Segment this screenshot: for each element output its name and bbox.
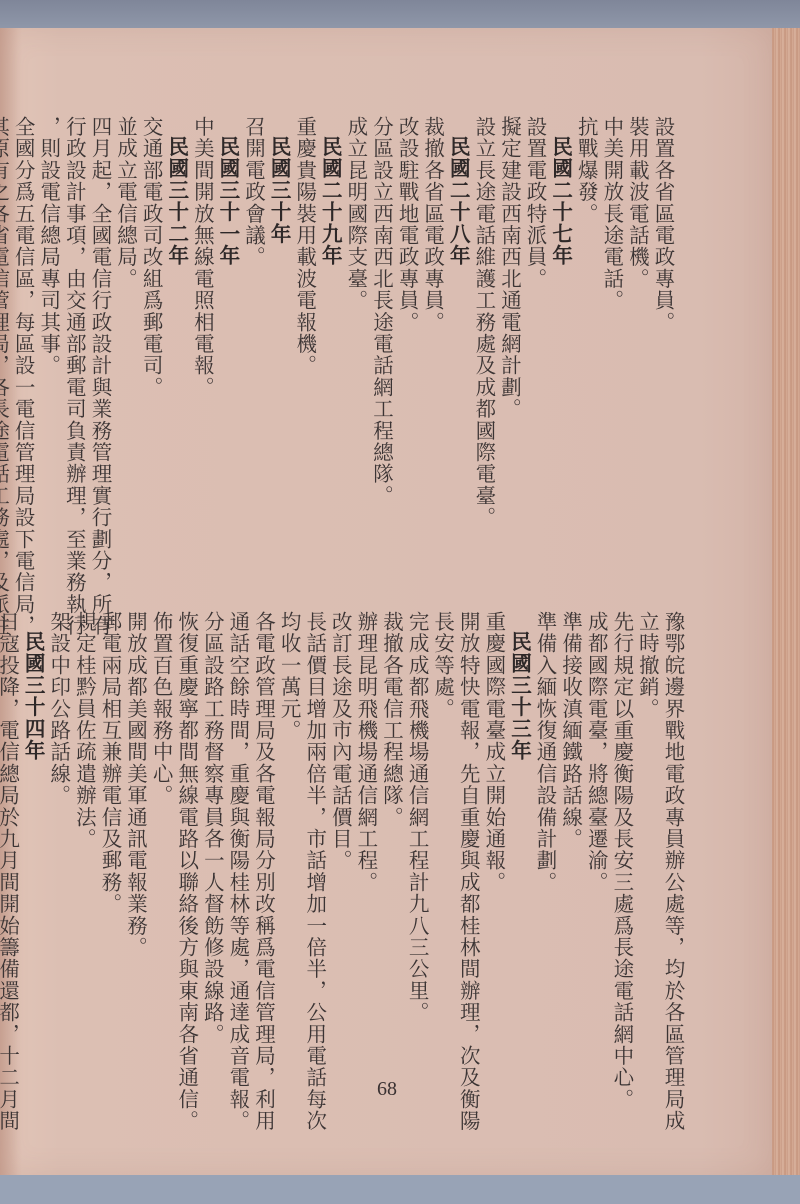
text-line: 規定桂黔員佐疏遣辦法。 bbox=[71, 611, 97, 1071]
text-line: 召開電政會議。 bbox=[240, 116, 266, 586]
text-line: 佈置百色報務中心。 bbox=[148, 611, 174, 1071]
text-line: 開放特快電報，先自重慶與成都桂林間辦理，次及衡陽 bbox=[455, 611, 481, 1071]
text-line: 恢復重慶寧都間無線電路以聯絡後方與東南各省通信。 bbox=[173, 611, 199, 1071]
text-line: 立時撤銷。 bbox=[634, 611, 660, 1071]
text-line: 完成成都飛機場通信網工程計九八三公里。 bbox=[403, 611, 429, 1071]
text-line: 設置電政特派員。 bbox=[521, 116, 547, 586]
text-line: 日寇投降，電信總局於九月間開始籌備還都，十二月間 bbox=[0, 611, 20, 1071]
text-line: 裁撤各電信工程總隊。 bbox=[378, 611, 404, 1071]
text-line: 設立長途電話維護工務處及成都國際電臺。 bbox=[470, 116, 496, 586]
page-number: 68 bbox=[377, 1078, 397, 1101]
bottom-text-block: 豫鄂皖邊界戰地電政專員辦公處等，均於各區管理局成 立時撤銷。 先行規定以重慶衡陽… bbox=[0, 611, 685, 1071]
top-text-block: 設置各省區電政專員。 裝用載波電話機。 中美開放長途電話。 抗戰爆發。 民國二十… bbox=[0, 116, 675, 586]
text-line: 其原有之各省電信管理局，各長途電話工務處，及派駐 bbox=[0, 116, 10, 586]
text-line: 均收一萬元。 bbox=[276, 611, 302, 1071]
year-heading: 民國二十八年 bbox=[445, 116, 471, 586]
background-surface-top bbox=[0, 0, 800, 30]
text-line: 改設駐戰地電政專員。 bbox=[393, 116, 419, 586]
text-line: 四月起，全國電信行政設計與業務管理實行劃分，所有 bbox=[86, 116, 112, 586]
text-line: 準備入緬恢復通信設備計劃。 bbox=[531, 611, 557, 1071]
text-line: 成立昆明國際支臺。 bbox=[342, 116, 368, 586]
year-heading: 民國二十九年 bbox=[317, 116, 343, 586]
year-heading: 民國三十四年 bbox=[20, 611, 46, 1071]
text-line: 先行規定以重慶衡陽及長安三處爲長途電話網中心。 bbox=[608, 611, 634, 1071]
text-line: 全國分爲五電信區，每區設一電信管理局設下電信局， bbox=[10, 116, 36, 586]
text-line: 各電政管理局及各電報局分別改稱爲電信管理局，利用 bbox=[250, 611, 276, 1071]
text-line: 裝用載波電話機。 bbox=[624, 116, 650, 586]
text-line: 中美間開放無線電照相電報。 bbox=[189, 116, 215, 586]
background-surface-bottom bbox=[0, 1175, 800, 1204]
text-line: 交通部電政司改組爲郵電司。 bbox=[138, 116, 164, 586]
text-line: 重慶國際電臺成立開始通報。 bbox=[480, 611, 506, 1071]
text-line: 改訂長途及市內電話價目。 bbox=[327, 611, 353, 1071]
year-heading: 民國二十七年 bbox=[547, 116, 573, 586]
text-line: 長話價目增加兩倍半，市話增加一倍半，公用電話每次 bbox=[301, 611, 327, 1071]
text-line: 重慶貴陽裝用載波電報機。 bbox=[291, 116, 317, 586]
text-line: 擬定建設西南西北通電網計劃。 bbox=[496, 116, 522, 586]
text-line: 成都國際電臺，將總臺遷渝。 bbox=[583, 611, 609, 1071]
text-line: 抗戰爆發。 bbox=[573, 116, 599, 586]
text-line: 長安等處。 bbox=[429, 611, 455, 1071]
text-line: 開放成都美國間美軍通訊電報業務。 bbox=[122, 611, 148, 1071]
year-heading: 民國三十一年 bbox=[214, 116, 240, 586]
text-line: 行政設計事項，由交通部郵電司負責辦理，至業務執行 bbox=[61, 116, 87, 586]
book-page: 設置各省區電政專員。 裝用載波電話機。 中美開放長途電話。 抗戰爆發。 民國二十… bbox=[0, 28, 772, 1176]
text-line: ，則設電信總局專司其事。 bbox=[35, 116, 61, 586]
text-line: 設置各省區電政專員。 bbox=[649, 116, 675, 586]
text-line: 通話空餘時間，重慶與衡陽桂林等處，通達成音電報。 bbox=[224, 611, 250, 1071]
text-line: 準備接收滇緬鐵路話線。 bbox=[557, 611, 583, 1071]
book-page-edges bbox=[768, 28, 800, 1178]
year-heading: 民國三十三年 bbox=[506, 611, 532, 1071]
text-line: 架設中印公路話線。 bbox=[45, 611, 71, 1071]
text-line: 裁撤各省區電政專員。 bbox=[419, 116, 445, 586]
text-line: 分區設路工務督察專員各一人督飭修設線路。 bbox=[199, 611, 225, 1071]
text-line: 豫鄂皖邊界戰地電政專員辦公處等，均於各區管理局成 bbox=[659, 611, 685, 1071]
text-line: 辦理昆明飛機場通信網工程。 bbox=[352, 611, 378, 1071]
year-heading: 民國三十年 bbox=[266, 116, 292, 586]
text-line: 中美開放長途電話。 bbox=[598, 116, 624, 586]
text-line: 郵電兩局相互兼辦電信及郵務。 bbox=[96, 611, 122, 1071]
year-heading: 民國三十二年 bbox=[163, 116, 189, 586]
text-line: 分區設立西南西北長途電話網工程總隊。 bbox=[368, 116, 394, 586]
text-line: 並成立電信總局。 bbox=[112, 116, 138, 586]
